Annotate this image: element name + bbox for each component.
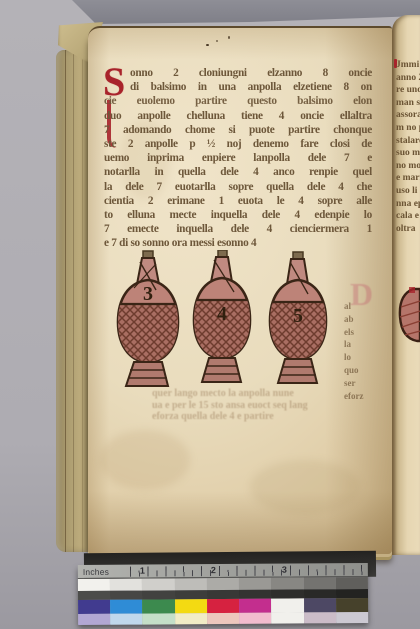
flask-number: 3 (143, 283, 153, 305)
manuscript-text-line: 7 adomando chome si puote partire chonqu… (104, 123, 372, 137)
color-swatch (207, 590, 239, 599)
color-swatch (336, 577, 368, 589)
facing-text-fragment: suo ma (396, 147, 420, 160)
color-swatch (175, 613, 207, 624)
color-swatch (78, 600, 110, 614)
facing-text-fragment: Jmmi (396, 59, 420, 72)
manuscript-text-block: onno 2 cloniungni elzanno 8 onciedi bals… (104, 66, 372, 250)
manuscript-text-line: duo anpolle chelluna tiene 4 oncie ellal… (104, 109, 372, 123)
flask-middle: 4 (194, 250, 250, 382)
ink-speck (228, 36, 230, 39)
color-swatch (239, 590, 271, 599)
color-swatch (142, 578, 174, 590)
color-swatch (336, 598, 368, 612)
color-swatch (142, 599, 174, 613)
color-swatch (110, 600, 142, 614)
margin-fragment: eforz (344, 390, 374, 403)
color-swatch (271, 612, 303, 623)
flask-right: 5 (270, 252, 326, 383)
color-swatch (304, 598, 336, 612)
color-swatch (78, 614, 110, 625)
color-swatch (271, 589, 303, 598)
margin-fragments: alabelslaloquosereforz (344, 300, 374, 402)
ruler-numbers: 123 (78, 563, 368, 578)
facing-text-fragment: stalaro e (396, 135, 420, 148)
pastel-patch-row (78, 612, 368, 625)
three-flasks-drawing: 3 4 5 (110, 250, 338, 394)
facing-text-fragment: uso li d (396, 185, 420, 198)
facing-text-fragment: man sen (396, 97, 420, 110)
color-swatch (304, 589, 336, 598)
color-calibration-bar: Inches 123 (78, 563, 368, 624)
facing-text-fragment: nna ep (396, 198, 420, 211)
ruler-strip: Inches 123 (78, 563, 368, 579)
margin-fragment: lo (344, 351, 374, 364)
facing-text-fragment: assora di (396, 109, 420, 122)
margin-fragment: els (344, 326, 374, 339)
ink-speck (206, 44, 209, 46)
ink-speck (216, 40, 218, 42)
color-swatch (78, 579, 110, 591)
margin-fragment: ab (344, 313, 374, 326)
facing-text-fragment: e maria (396, 172, 420, 185)
ruler-number: 2 (211, 565, 216, 575)
facing-text-fragment: oltra (396, 223, 420, 236)
color-swatch (143, 613, 175, 624)
spine-crease (82, 50, 83, 552)
color-swatch (110, 591, 142, 600)
color-swatch (110, 579, 142, 591)
color-swatch (78, 591, 110, 600)
color-swatch (207, 578, 239, 590)
showthrough-line: eforza quella dele 4 e partire (152, 411, 342, 423)
parchment-stain (100, 430, 190, 490)
flask-left: 3 (118, 251, 178, 386)
color-swatch (303, 577, 335, 589)
backdrop-shadow-band (0, 0, 420, 24)
facing-page-text: Jmmianno 2re unoman senassora dim no prs… (396, 59, 420, 235)
margin-fragment: la (344, 338, 374, 351)
margin-fragment: quo (344, 364, 374, 377)
facing-text-fragment: re uno (396, 84, 420, 97)
color-swatch (175, 578, 207, 590)
showthrough-text: quer lango mecto la anpolla nuneua e per… (152, 388, 342, 423)
manuscript-text-line: e 7 di so sonno ora messi esonno 4 (104, 236, 372, 250)
color-swatch (239, 599, 271, 613)
manuscript-text-line: onno 2 cloniungni elzanno 8 oncie (104, 66, 372, 80)
facing-text-fragment: cala e (396, 210, 420, 223)
facing-page-edge: Jmmianno 2re unoman senassora dim no prs… (392, 15, 420, 555)
color-swatch (304, 612, 336, 623)
showthrough-line: quer lango mecto la anpolla nune (152, 388, 342, 400)
color-swatch (207, 613, 239, 624)
color-swatch (110, 614, 142, 625)
facing-text-fragment: m no pr (396, 122, 420, 135)
manuscript-text-line: cie euolemo partire questo balsimo elon (104, 94, 372, 108)
spine-crease (65, 50, 66, 552)
color-swatch (207, 599, 239, 613)
book-spine (56, 50, 90, 552)
flask-number: 4 (217, 303, 227, 325)
color-swatch (271, 577, 303, 589)
manuscript-text-line: di balsimo in una anpolla elzetiene 8 on (104, 80, 372, 94)
manuscript-text-line: la dele 7 euotarlla sopre quella dele 4 … (104, 180, 372, 194)
manuscript-photograph: S onno 2 cloniungni elzanno 8 onciedi ba… (0, 0, 420, 629)
ruler-number: 3 (282, 565, 287, 575)
color-swatch (175, 599, 207, 613)
showthrough-line: ua e per le 15 sto ansa euoct seq lang (152, 400, 342, 412)
color-swatch (336, 589, 368, 598)
spine-crease (73, 50, 74, 552)
color-swatch (239, 578, 271, 590)
color-swatch (142, 590, 174, 599)
facing-partial-flask-drawing (393, 287, 420, 347)
margin-fragment: ser (344, 377, 374, 390)
color-swatch (271, 598, 303, 612)
manuscript-text-line: to elluna mecte inquella dele 4 edenpie … (104, 208, 372, 222)
facing-text-fragment: anno 2 (396, 72, 420, 85)
manuscript-text-line: cientia 2 erimane 1 euota le 4 sopre all… (104, 194, 372, 208)
manuscript-text-line: 7 emecte inquella dele 4 cienciermera 1 (104, 222, 372, 236)
flask-number: 5 (293, 305, 303, 327)
manuscript-text-line: uemo inprima enpiere lanpolla dele 7 e (104, 151, 372, 165)
manuscript-text-line: notarlla in quella dele 4 anco renpie qu… (104, 165, 372, 179)
color-swatch (239, 613, 271, 624)
facing-text-fragment: no molg (396, 160, 420, 173)
color-swatch (175, 590, 207, 599)
margin-fragment: al (344, 300, 374, 313)
manuscript-text-line: ste 2 anpolle p ½ noj denemo fare closi … (104, 137, 372, 151)
ruler-number: 1 (140, 566, 145, 576)
parchment-stain (250, 460, 360, 515)
color-swatch (336, 612, 368, 623)
